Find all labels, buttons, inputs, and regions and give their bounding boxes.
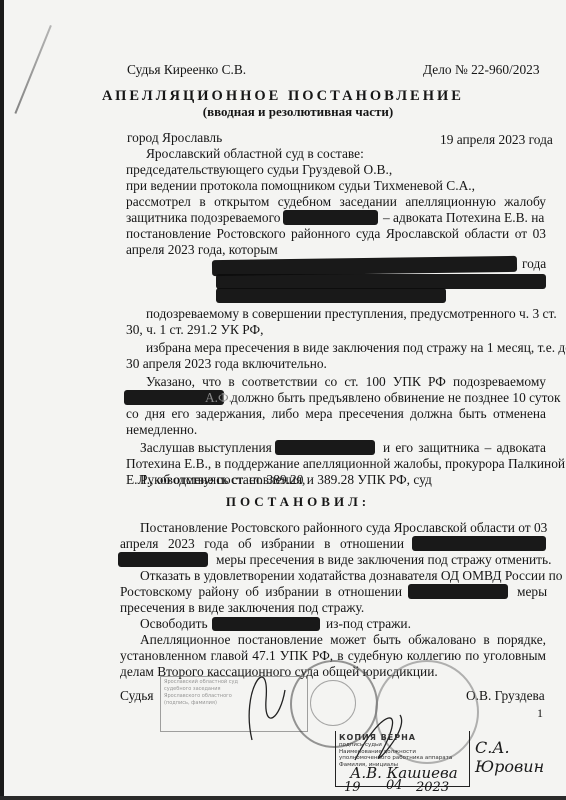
redaction-block bbox=[283, 210, 378, 225]
ruling-line: Постановление Ростовского районного суда… bbox=[140, 520, 546, 536]
presiding-judge: председательствующего судьи Груздевой О.… bbox=[126, 162, 392, 178]
ruling-line: Ростовскому району об избрании в отношен… bbox=[120, 584, 402, 600]
redaction-block bbox=[216, 288, 446, 303]
intro-line: защитника подозреваемого bbox=[126, 210, 280, 226]
redaction-block bbox=[118, 552, 208, 567]
scanned-document-page: Судья Киреенко С.В. Дело № 22-960/2023 А… bbox=[0, 0, 566, 800]
redaction-block bbox=[216, 274, 546, 289]
ruling-line: Отказать в удовлетворении ходатайства до… bbox=[140, 568, 546, 584]
court-composition: Ярославский областной суд в составе: bbox=[146, 146, 364, 162]
redaction-block bbox=[412, 536, 546, 551]
certification-month: 04 bbox=[386, 778, 403, 793]
certification-day: 19 bbox=[344, 780, 361, 795]
signature-label: Судья bbox=[120, 688, 154, 704]
indicated-line: со дня его задержания, либо мера пресече… bbox=[126, 406, 546, 422]
redaction-block bbox=[408, 584, 508, 599]
certified-copy-heading: КОПИЯ ВЕРНА bbox=[339, 733, 469, 742]
suspicion-line: подозреваемому в совершении преступления… bbox=[146, 306, 546, 322]
indicated-line: Указано, что в соответствии со ст. 100 У… bbox=[146, 374, 546, 390]
autograph: С.А. Юровин bbox=[475, 738, 566, 776]
ruling-line: Апелляционное постановление может быть о… bbox=[140, 632, 546, 648]
scan-border-left bbox=[0, 0, 4, 800]
indicated-line: немедленно. bbox=[126, 422, 197, 438]
document-subtitle: (вводная и резолютивная части) bbox=[0, 104, 566, 120]
ruling-line: меры пресечения в виде заключения под ст… bbox=[216, 552, 551, 568]
measure-line: избрана мера пресечения в виде заключени… bbox=[146, 340, 546, 356]
page-number: 1 bbox=[537, 706, 543, 721]
ruling-line: апреля 2023 года об избрании в отношении bbox=[120, 536, 404, 552]
hearing-line: Потехина Е.В., в поддержание апелляционн… bbox=[126, 456, 546, 472]
hearing-line: Заслушав выступления bbox=[140, 440, 272, 456]
ruling-heading: ПОСТАНОВИЛ: bbox=[0, 494, 566, 510]
document-title: АПЕЛЛЯЦИОННОЕ ПОСТАНОВЛЕНИЕ bbox=[0, 88, 566, 105]
indicated-line: должно быть предъявлено обвинение не поз… bbox=[231, 390, 560, 406]
decision-date: 19 апреля 2023 года bbox=[440, 132, 553, 148]
redaction-block bbox=[275, 440, 375, 455]
clerk: при ведении протокола помощником судьи Т… bbox=[126, 178, 475, 194]
ruling-line: пресечения в виде заключения под стражу. bbox=[120, 600, 364, 616]
redaction-block bbox=[212, 617, 320, 631]
legal-basis: Руководствуясь ст. ст. 389.20 и 389.28 У… bbox=[140, 472, 432, 488]
first-instance-judge: Судья Киреенко С.В. bbox=[127, 62, 246, 78]
hearing-line: и его защитника – адвоката bbox=[383, 440, 546, 456]
redacted-tail: года bbox=[522, 256, 546, 272]
certification-year: 2023 bbox=[416, 780, 449, 795]
ruling-line: Освободить bbox=[140, 616, 208, 632]
measure-line: 30 апреля 2023 года включительно. bbox=[126, 356, 327, 372]
case-number: Дело № 22-960/2023 bbox=[423, 62, 540, 78]
certification-text: уполномоченного работника аппарата bbox=[339, 755, 469, 762]
indicated-initials: А.Ф. bbox=[205, 390, 232, 406]
suspicion-line: 30, ч. 1 ст. 291.2 УК РФ, bbox=[126, 322, 263, 338]
intro-line: расcмотрел в открытом судебном заседании… bbox=[126, 194, 546, 210]
intro-line: – адвоката Потехина Е.В. на bbox=[383, 210, 544, 226]
city: город Ярославль bbox=[127, 130, 222, 146]
intro-line: апреля 2023 года, которым bbox=[126, 242, 278, 258]
ruling-line: меры bbox=[517, 584, 547, 600]
intro-line: постановление Ростовского районного суда… bbox=[126, 226, 546, 242]
ruling-line: из-под стражи. bbox=[326, 616, 411, 632]
